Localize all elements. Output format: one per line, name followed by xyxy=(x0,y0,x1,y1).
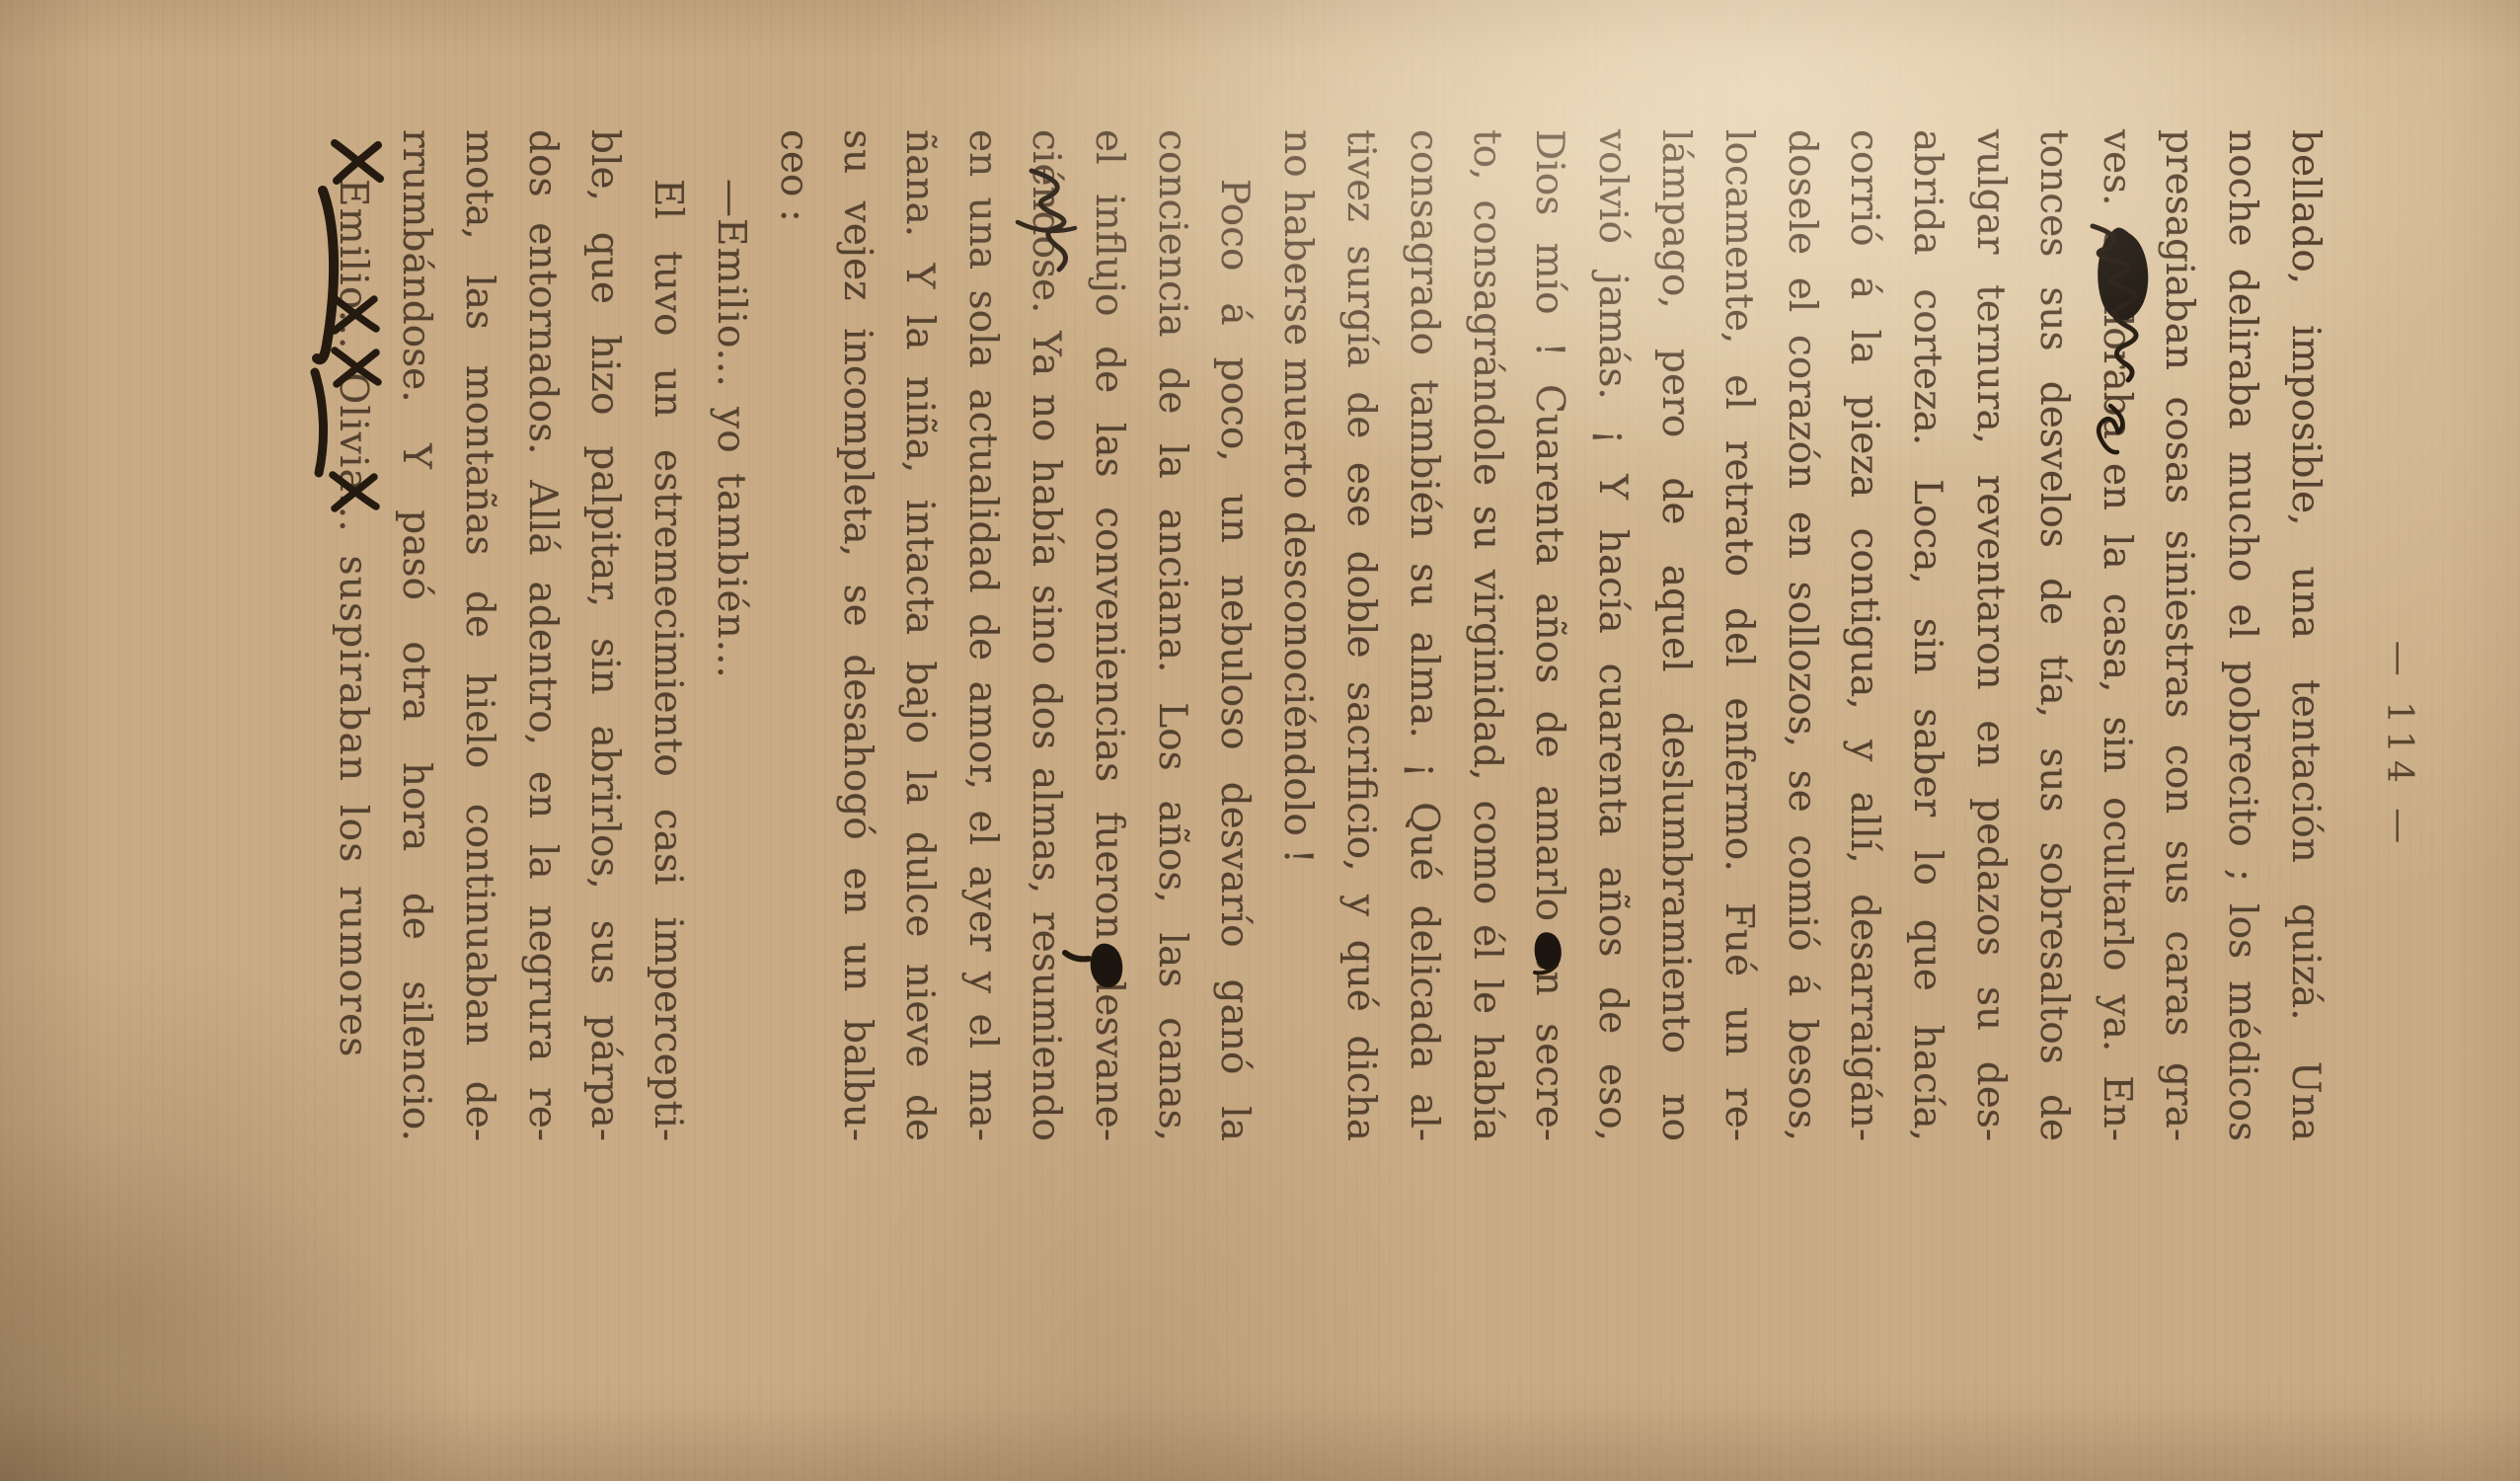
text-line: dos entornados. Allá adentro, en la negr… xyxy=(510,129,573,1141)
text-line: lámpago, pero de aquel deslumbramiento n… xyxy=(1643,129,1707,1141)
line-text: ñana. Y la niña, intacta bajo la dulce n… xyxy=(897,129,942,1141)
book-page-scan: — 114 — bellado, imposible, una tentació… xyxy=(0,0,2520,1481)
line-text: vulgar ternura, reventaron en pedazos su… xyxy=(1968,129,2013,1141)
line-text: mota, las montañas de hielo continuaban … xyxy=(457,129,501,1141)
text-line: ves. Se lloraba en la casa, sin ocultarl… xyxy=(2085,129,2148,1141)
text-line: noche deliraba mucho el pobrecito ; los … xyxy=(2210,129,2273,1141)
text-line: Poco á poco, un nebuloso desvarío ganó l… xyxy=(1203,129,1266,1141)
line-text: Emilio... Olivia... suspiraban los rumor… xyxy=(331,179,375,1057)
text-block: bellado, imposible, una tentación quizá.… xyxy=(322,129,2337,1141)
text-line: presagiaban cosas siniestras con sus car… xyxy=(2148,129,2211,1141)
text-line: to, consagrándole su virginidad, como él… xyxy=(1455,129,1518,1141)
line-text: tonces sus desvelos de tía, sus sobresal… xyxy=(2031,129,2076,1141)
line-text: bellado, imposible, una tentación quizá.… xyxy=(2283,129,2328,1141)
page-number: — 114 — xyxy=(2379,548,2419,943)
text-line: Emilio... Olivia... suspiraban los rumor… xyxy=(322,129,385,1141)
line-text: su vejez incompleta, se desahogó en un b… xyxy=(835,129,879,1141)
line-text: —Emilio... yo también... xyxy=(709,179,753,679)
text-line: Dios mío ! Cuarenta años de amarlo en se… xyxy=(1518,129,1581,1141)
text-line: ñana. Y la niña, intacta bajo la dulce n… xyxy=(888,129,952,1141)
line-text: locamente, el retrato del enfermo. Fué u… xyxy=(1717,129,1761,1141)
text-line: rrumbándose. Y pasó otra hora de silenci… xyxy=(384,129,447,1141)
text-line: su vejez incompleta, se desahogó en un b… xyxy=(825,129,888,1141)
line-text: conciencia de la anciana. Los años, las … xyxy=(1150,129,1194,1141)
text-line: corrió á la pieza contigua, y allí, desa… xyxy=(1833,129,1896,1141)
line-text: dosele el corazón en sollozos, se comió … xyxy=(1780,129,1824,1141)
text-line: consagrado también su alma. ¡ Qué delica… xyxy=(1392,129,1455,1141)
text-line: abrida corteza. Loca, sin saber lo que h… xyxy=(1895,129,1958,1141)
line-text: El tuvo un estremecimiento casi impercep… xyxy=(646,179,690,1141)
line-text: Dios mío ! Cuarenta años de amarlo en se… xyxy=(1527,129,1571,1141)
line-text: lámpago, pero de aquel deslumbramiento n… xyxy=(1653,129,1698,1141)
line-text: Poco á poco, un nebuloso desvarío ganó l… xyxy=(1212,179,1257,1141)
text-line: locamente, el retrato del enfermo. Fué u… xyxy=(1707,129,1770,1141)
text-line: el influjo de las conveniencias fueron d… xyxy=(1077,129,1140,1141)
text-line: tivez surgía de ese doble sacrificio, y … xyxy=(1329,129,1392,1141)
book-photo: — 114 — bellado, imposible, una tentació… xyxy=(0,0,2520,1481)
text-line-dialogue: —Emilio... yo también... xyxy=(699,129,762,1141)
line-text: to, consagrándole su virginidad, como él… xyxy=(1465,129,1509,1141)
text-line: mota, las montañas de hielo continuaban … xyxy=(447,129,510,1141)
text-line: no haberse muerto desconociéndolo ! xyxy=(1265,129,1329,1141)
underline-olivia xyxy=(315,372,324,473)
line-text: no haberse muerto desconociéndolo ! xyxy=(1275,129,1320,864)
line-text: volvió jamás. ¡ Y hacía cuarenta años de… xyxy=(1590,129,1635,1141)
text-line: bellado, imposible, una tentación quizá.… xyxy=(2273,129,2336,1141)
text-line: ciéndose. Ya no había sino dos almas, re… xyxy=(1014,129,1077,1141)
line-text: en una sola actualidad de amor, el ayer … xyxy=(960,129,1005,1141)
text-line: El tuvo un estremecimiento casi impercep… xyxy=(636,129,699,1141)
line-text: ciéndose. Ya no había sino dos almas, re… xyxy=(1024,129,1068,1141)
line-text: corrió á la pieza contigua, y allí, desa… xyxy=(1842,129,1886,1141)
text-line: en una sola actualidad de amor, el ayer … xyxy=(951,129,1014,1141)
text-line: volvió jamás. ¡ Y hacía cuarenta años de… xyxy=(1580,129,1643,1141)
text-line: tonces sus desvelos de tía, sus sobresal… xyxy=(2022,129,2085,1141)
text-line: conciencia de la anciana. Los años, las … xyxy=(1140,129,1203,1141)
text-line: ble, que hizo palpitar, sin abrirlos, su… xyxy=(573,129,637,1141)
line-text: rrumbándose. Y pasó otra hora de silenci… xyxy=(394,129,438,1141)
line-text: presagiaban cosas siniestras con sus car… xyxy=(2157,129,2201,1141)
line-text: el influjo de las conveniencias fueron d… xyxy=(1087,129,1131,1141)
text-line: vulgar ternura, reventaron en pedazos su… xyxy=(1958,129,2022,1141)
line-text: consagrado también su alma. ¡ Qué delica… xyxy=(1402,129,1446,1141)
x-mark-before-emilio xyxy=(335,143,380,181)
text-line: dosele el corazón en sollozos, se comió … xyxy=(1770,129,1833,1141)
line-text: ble, que hizo palpitar, sin abrirlos, su… xyxy=(582,129,627,1141)
line-text: noche deliraba mucho el pobrecito ; los … xyxy=(2220,129,2264,1141)
line-text: dos entornados. Allá adentro, en la negr… xyxy=(520,129,565,1141)
line-text: ves. Se lloraba en la casa, sin ocultarl… xyxy=(2095,129,2139,1141)
line-text: tivez surgía de ese doble sacrificio, y … xyxy=(1338,129,1383,1141)
text-line: ceo : xyxy=(762,129,825,1141)
line-text: abrida corteza. Loca, sin saber lo que h… xyxy=(1905,129,1949,1141)
line-text: ceo : xyxy=(772,129,816,222)
